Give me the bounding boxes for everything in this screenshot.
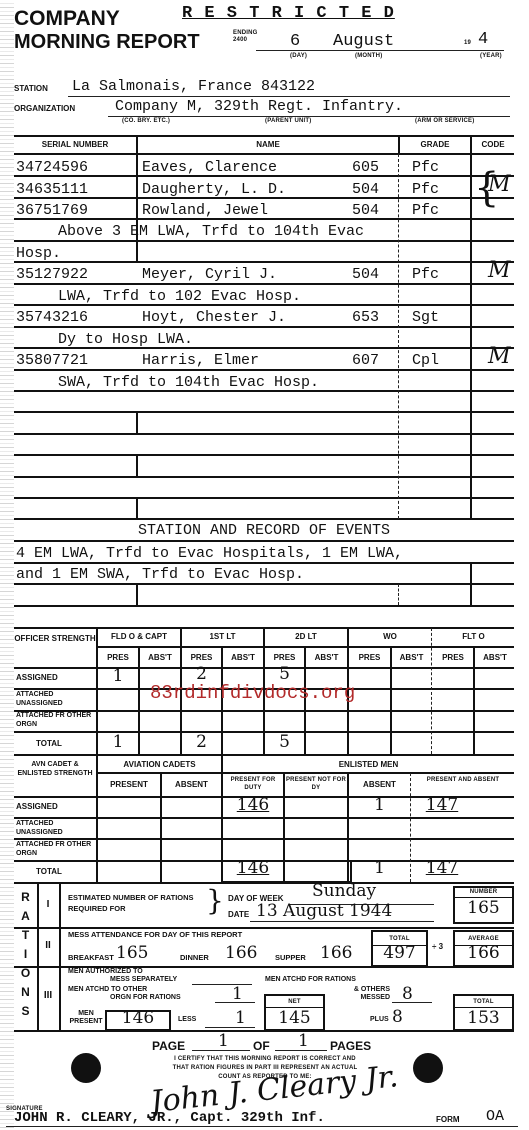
men-present-label: MEN PRESENT — [68, 1010, 104, 1026]
rations-letter: S — [14, 1002, 37, 1021]
col-divider — [136, 498, 138, 519]
group-header: 1ST LT — [182, 632, 263, 641]
row-note: Dy to Hosp LWA. — [58, 331, 193, 348]
grade: Sgt — [412, 309, 439, 326]
men-atchd-other-value: 1 — [232, 984, 243, 1004]
row-label-attached-other: ATTACHED FR OTHER ORGN — [16, 711, 94, 729]
col-divider — [431, 628, 432, 754]
of-label: OF — [253, 1039, 270, 1053]
breakfast-value: 165 — [116, 943, 148, 963]
signature-typed-name: JOHN R. CLEARY, JR., Capt. 329th Inf. — [14, 1110, 325, 1126]
row-label-assigned: ASSIGNED — [16, 802, 58, 811]
ending-label: ENDING 2400 — [233, 30, 255, 44]
grade: Pfc — [412, 202, 439, 219]
day-of-week-value: Sunday — [312, 881, 376, 901]
enlisted-men-header: ENLISTED MEN — [223, 760, 514, 769]
rations-letter: R — [14, 888, 37, 907]
row-note: Hosp. — [16, 245, 61, 262]
absent-total: 1 — [349, 858, 410, 878]
mess-attendance-label: MESS ATTENDANCE FOR DAY OF THIS REPORT — [68, 930, 242, 939]
row-line — [14, 476, 514, 478]
officer-assigned-value: 2 — [182, 664, 221, 684]
report-month: August — [333, 32, 394, 51]
page-number: 1 — [218, 1031, 229, 1051]
absent-assigned: 1 — [349, 795, 410, 815]
row-line — [14, 240, 514, 242]
year-caption: (YEAR) — [480, 53, 502, 59]
men-atchd-for-label-1: MEN ATCHD FOR RATIONS — [265, 976, 356, 983]
officer-total-value: 2 — [182, 732, 221, 752]
aviation-cadets-header: AVIATION CADETS — [98, 760, 221, 769]
mess-total-value: 497 — [373, 943, 426, 963]
report-year: 4 — [478, 30, 488, 49]
sub-header: PRES — [433, 653, 473, 662]
serial-number: 34724596 — [16, 159, 88, 176]
ration-date-value: 13 August 1944 — [256, 901, 392, 921]
total-pages: 1 — [298, 1031, 309, 1051]
col-divider — [136, 584, 138, 605]
col-divider — [390, 647, 392, 754]
row-line — [14, 605, 514, 607]
field-underline — [205, 1027, 255, 1028]
rations-side-label: R A T I O N S — [14, 888, 37, 1021]
officer-assigned-value: 1 — [98, 666, 138, 686]
col-divider — [96, 755, 98, 882]
station-label: STATION — [14, 84, 48, 93]
men-atchd-for-value: 8 — [402, 984, 413, 1004]
present-for-duty-total: 146 — [223, 858, 283, 878]
binder-hole — [71, 1053, 101, 1083]
col-divider — [59, 883, 61, 1030]
total-label: TOTAL — [373, 936, 426, 942]
present-for-duty-assigned: 146 — [223, 795, 283, 815]
row-label-assigned: ASSIGNED — [16, 673, 58, 682]
row-line — [14, 283, 514, 285]
col-header-grade: GRADE — [400, 140, 470, 149]
paper-edge-texture — [0, 0, 14, 1130]
less-label: LESS — [178, 1016, 196, 1023]
form-label: FORM — [436, 1115, 460, 1124]
row-line — [14, 927, 514, 929]
sub-header: PRES — [98, 653, 138, 662]
form-code: OA — [486, 1108, 504, 1125]
day-caption: (DAY) — [290, 53, 307, 59]
col-divider — [136, 412, 138, 433]
col-divider — [398, 154, 399, 519]
serial-number: 34635111 — [16, 181, 88, 198]
sub-header: ABS'T — [223, 653, 263, 662]
officer-total-value: 5 — [265, 732, 304, 752]
col-divider — [470, 154, 472, 519]
row-label-total: TOTAL — [36, 739, 62, 748]
col-divider — [410, 773, 411, 882]
col-divider — [398, 584, 399, 605]
serial-number: 36751769 — [16, 202, 88, 219]
col-divider — [470, 563, 472, 605]
sub-header: PRESENT — [98, 780, 160, 789]
sub-header: PRESENT FOR DUTY — [223, 776, 283, 792]
mos-code: 504 — [352, 181, 379, 198]
col-divider — [136, 240, 138, 261]
grade: Pfc — [412, 159, 439, 176]
table-header-border — [14, 153, 514, 155]
rations-total-value: 153 — [455, 1008, 512, 1028]
group-header: WO — [349, 632, 431, 641]
number-value: 165 — [455, 898, 512, 918]
month-caption: (MONTH) — [355, 53, 382, 59]
grade: Pfc — [412, 181, 439, 198]
net-label: NET — [266, 999, 323, 1005]
rations-required-label: ESTIMATED NUMBER OF RATIONS REQUIRED FOR — [68, 892, 208, 914]
mos-code: 504 — [352, 266, 379, 283]
row-line — [14, 261, 514, 263]
men-authorized-label-2: MESS SEPARATELY — [110, 976, 177, 983]
men-atchd-other-label-1: MEN ATCHD TO OTHER — [68, 986, 147, 993]
rations-letter: A — [14, 907, 37, 926]
sub-header: ABSENT — [349, 780, 410, 789]
dinner-label: DINNER — [180, 953, 209, 962]
row-line — [14, 433, 514, 435]
row-label-attached-unassigned: ATTACHED UNASSIGNED — [16, 690, 94, 708]
row-note: LWA, Trfd to 102 Evac Hosp. — [58, 288, 301, 305]
soldier-name: Daugherty, L. D. — [142, 181, 286, 198]
supper-label: SUPPER — [275, 953, 306, 962]
enlisted-strength-title: AVN CADET & ENLISTED STRENGTH — [14, 760, 96, 778]
men-present-value: 146 — [107, 1008, 169, 1028]
sub-header: PRES — [265, 653, 304, 662]
breakfast-label: BREAKFAST — [68, 953, 114, 962]
serial-number: 35743216 — [16, 309, 88, 326]
group-header: FLT O — [433, 632, 514, 641]
code-mark: M — [488, 258, 511, 283]
sub-header: ABS'T — [475, 653, 515, 662]
rations-total-label: TOTAL — [455, 999, 512, 1005]
events-title: STATION AND RECORD OF EVENTS — [14, 522, 514, 539]
table-top-border — [14, 135, 514, 137]
soldier-name: Eaves, Clarence — [142, 159, 277, 176]
certify-line-1: I CERTIFY THAT THIS MORNING REPORT IS CO… — [130, 1056, 400, 1062]
row-note: Above 3 EM LWA, Trfd to 104th Evac — [58, 223, 364, 240]
officer-assigned-value: 5 — [265, 664, 304, 684]
section-roman-2: II — [37, 940, 59, 951]
rations-letter: I — [14, 945, 37, 964]
men-atchd-other-label-2: ORGN FOR RATIONS — [110, 994, 181, 1001]
group-header: 2D LT — [265, 632, 347, 641]
sub-header: PRESENT NOT FOR DY — [285, 776, 347, 792]
section-roman-3: III — [37, 990, 59, 1001]
organization-underline — [108, 116, 510, 117]
average-value: 166 — [455, 943, 512, 963]
grade: Cpl — [412, 352, 439, 369]
sub-header: PRESENT AND ABSENT — [412, 776, 514, 784]
less-value: 1 — [235, 1008, 246, 1028]
supper-value: 166 — [320, 943, 352, 963]
row-line — [14, 411, 514, 413]
report-day: 6 — [290, 32, 300, 51]
watermark: 83rdinfdivdocs.org — [150, 682, 355, 704]
col-header-serial: SERIAL NUMBER — [14, 140, 136, 149]
col-divider — [138, 647, 140, 754]
mos-code: 605 — [352, 159, 379, 176]
soldier-name: Meyer, Cyril J. — [142, 266, 277, 283]
events-line-1: 4 EM LWA, Trfd to Evac Hospitals, 1 EM L… — [16, 545, 403, 562]
station-value: La Salmonais, France 843122 — [72, 78, 315, 95]
station-underline — [68, 96, 510, 97]
men-authorized-label-1: MEN AUTHORIZED TO — [68, 968, 143, 975]
net-value: 145 — [266, 1008, 323, 1028]
row-line — [14, 369, 514, 371]
row-line — [14, 562, 514, 564]
binder-hole — [413, 1053, 443, 1083]
row-line — [14, 326, 514, 328]
group-header: FLD O & CAPT — [98, 632, 180, 641]
pages-label: PAGES — [330, 1039, 371, 1053]
sub-header: ABS'T — [306, 653, 347, 662]
field-underline — [250, 921, 434, 922]
rations-letter: O — [14, 964, 37, 983]
mos-code: 607 — [352, 352, 379, 369]
date-label: DATE — [228, 910, 249, 919]
present-and-absent-assigned: 147 — [412, 795, 472, 815]
col-divider — [136, 455, 138, 476]
field-underline — [192, 984, 252, 985]
mos-code: 653 — [352, 309, 379, 326]
col-divider — [473, 647, 475, 754]
row-label-attached-unassigned: ATTACHED UNASSIGNED — [16, 819, 94, 837]
serial-number: 35127922 — [16, 266, 88, 283]
sub-header: PRES — [182, 653, 221, 662]
col-header-code: CODE — [472, 140, 514, 149]
org-caption-company: (CO. BRY. ETC.) — [122, 118, 170, 124]
col-header-name: NAME — [138, 140, 398, 149]
row-note: SWA, Trfd to 104th Evac Hosp. — [58, 374, 319, 391]
grade: Pfc — [412, 266, 439, 283]
average-label: AVERAGE — [455, 936, 512, 942]
brace-icon: { — [474, 160, 499, 216]
row-line — [14, 583, 514, 585]
rations-letter: N — [14, 983, 37, 1002]
row-line — [14, 518, 514, 520]
mos-code: 504 — [352, 202, 379, 219]
number-label: NUMBER — [455, 889, 512, 895]
brace-icon: } — [206, 884, 224, 918]
rations-letter: T — [14, 926, 37, 945]
events-line-2: and 1 EM SWA, Trfd to Evac Hosp. — [16, 566, 304, 583]
row-line — [14, 454, 514, 456]
row-line — [14, 497, 514, 499]
form-title-line2: MORNING REPORT — [14, 32, 200, 52]
code-mark: M — [488, 344, 511, 369]
soldier-name: Harris, Elmer — [142, 352, 259, 369]
dinner-value: 166 — [225, 943, 257, 963]
sub-header: ABSENT — [162, 780, 221, 789]
page-label: PAGE — [152, 1039, 185, 1053]
officer-strength-title: OFFICER STRENGTH — [14, 634, 96, 643]
plus-value: 8 — [392, 1007, 403, 1027]
soldier-name: Rowland, Jewel — [142, 202, 268, 219]
serial-number: 35807721 — [16, 352, 88, 369]
divide-by-three: ÷ 3 — [432, 942, 446, 951]
sub-header: ABS'T — [140, 653, 180, 662]
soldier-name: Hoyt, Chester J. — [142, 309, 286, 326]
form-title-line1: COMPANY — [14, 8, 120, 29]
org-caption-parent: (PARENT UNIT) — [265, 118, 311, 124]
section-roman-1: I — [37, 899, 59, 910]
present-and-absent-total: 147 — [412, 858, 472, 878]
sub-header: PRES — [349, 653, 390, 662]
men-atchd-for-label-2: & OTHERS MESSED — [340, 986, 390, 1002]
org-caption-arm: (ARM OR SERVICE) — [415, 118, 474, 124]
signature-underline — [6, 1126, 518, 1127]
row-line — [96, 772, 514, 774]
row-line — [14, 540, 514, 542]
col-divider — [160, 773, 162, 882]
section-border — [14, 754, 514, 756]
organization-value: Company M, 329th Regt. Infantry. — [115, 98, 403, 115]
classification-stamp: R E S T R I C T E D — [182, 4, 395, 23]
officer-total-value: 1 — [98, 732, 138, 752]
year-prefix: 19 — [464, 40, 471, 46]
row-label-total: TOTAL — [36, 867, 62, 876]
plus-label: PLUS — [370, 1016, 389, 1023]
sub-header: ABS'T — [392, 653, 431, 662]
organization-label: ORGANIZATION — [14, 104, 75, 113]
row-label-attached-other: ATTACHED FR OTHER ORGN — [16, 840, 94, 858]
